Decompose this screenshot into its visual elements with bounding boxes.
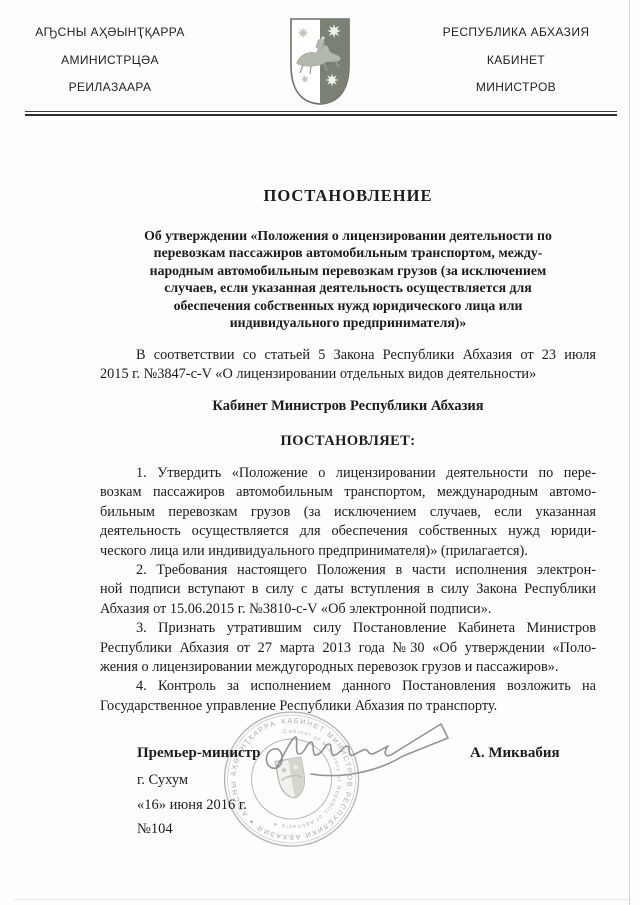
authority-line: Кабинет Министров Республики Абхазия — [100, 398, 596, 415]
text-line: 1. Утвердить «Положение о лицензировании… — [100, 464, 596, 483]
signer-name: А. Миквабия — [470, 745, 560, 762]
scan-edge-right — [629, 0, 630, 905]
letterhead-left-org: АҦСНЫ АҲӘЫНҬҚАРРА АМИНИСТРЦӘА РЕИЛАЗААРА — [20, 19, 200, 102]
resolution-item-1: 1. Утвердить «Положение о лицензировании… — [100, 464, 596, 561]
document-page: АҦСНЫ АҲӘЫНҬҚАРРА АМИНИСТРЦӘА РЕИЛАЗААРА… — [0, 0, 640, 905]
letterhead-right-org: РЕСПУБЛИКА АБХАЗИЯ КАБИНЕТ МИНИСТРОВ — [426, 19, 606, 102]
letterhead-divider-rule — [25, 111, 617, 116]
text-line: ческого лица или индивидуального предпри… — [100, 542, 596, 561]
signer-post: Премьер-министр — [137, 745, 261, 762]
signature-place: г. Сухум — [137, 772, 188, 789]
text-line: бильным перевозкам грузов (за исключение… — [100, 503, 596, 522]
signature-autograph — [255, 716, 467, 795]
scan-edge-bottom — [14, 899, 630, 900]
text-line: 4. Контроль за исполнением данного Поста… — [100, 677, 596, 696]
text-line: жения о лицензировании междугородных пер… — [100, 658, 596, 677]
document-title: ПОСТАНОВЛЕНИЕ — [100, 186, 596, 206]
text-line: Абхазия от 15.06.2015 г. №3810-с-V «Об э… — [100, 600, 596, 619]
resolution-item-2: 2. Требования настоящего Положения в час… — [100, 561, 596, 619]
text-line: 2. Требования настоящего Положения в час… — [100, 561, 596, 580]
state-emblem-icon — [287, 16, 353, 113]
document-subject: Об утверждении «Положения о лицензирован… — [110, 227, 586, 331]
text-line: деятельность осуществляется для обеспече… — [100, 522, 596, 541]
resolution-items: 1. Утвердить «Положение о лицензировании… — [100, 464, 596, 716]
text-line: ной подписи вступают в силу с даты вступ… — [100, 580, 596, 599]
text-line: Республики Абхазия от 27 марта 2013 года… — [100, 639, 596, 658]
text-line: В соответствии со статьей 5 Закона Респу… — [100, 346, 596, 365]
preamble-paragraph: В соответствии со статьей 5 Закона Респу… — [100, 346, 596, 385]
resolution-item-3: 3. Признать утратившим силу Постановлени… — [100, 619, 596, 677]
text-line: возкам пассажиров автомобильным транспор… — [100, 483, 596, 502]
signature-date: «16» июня 2016 г. — [137, 797, 247, 814]
document-number: №104 — [137, 821, 173, 838]
resolution-heading: ПОСТАНОВЛЯЕТ: — [100, 433, 596, 450]
text-line: 3. Признать утратившим силу Постановлени… — [100, 619, 596, 638]
text-line: 2015 г. №3847-с-V «О лицензировании отде… — [100, 365, 596, 384]
